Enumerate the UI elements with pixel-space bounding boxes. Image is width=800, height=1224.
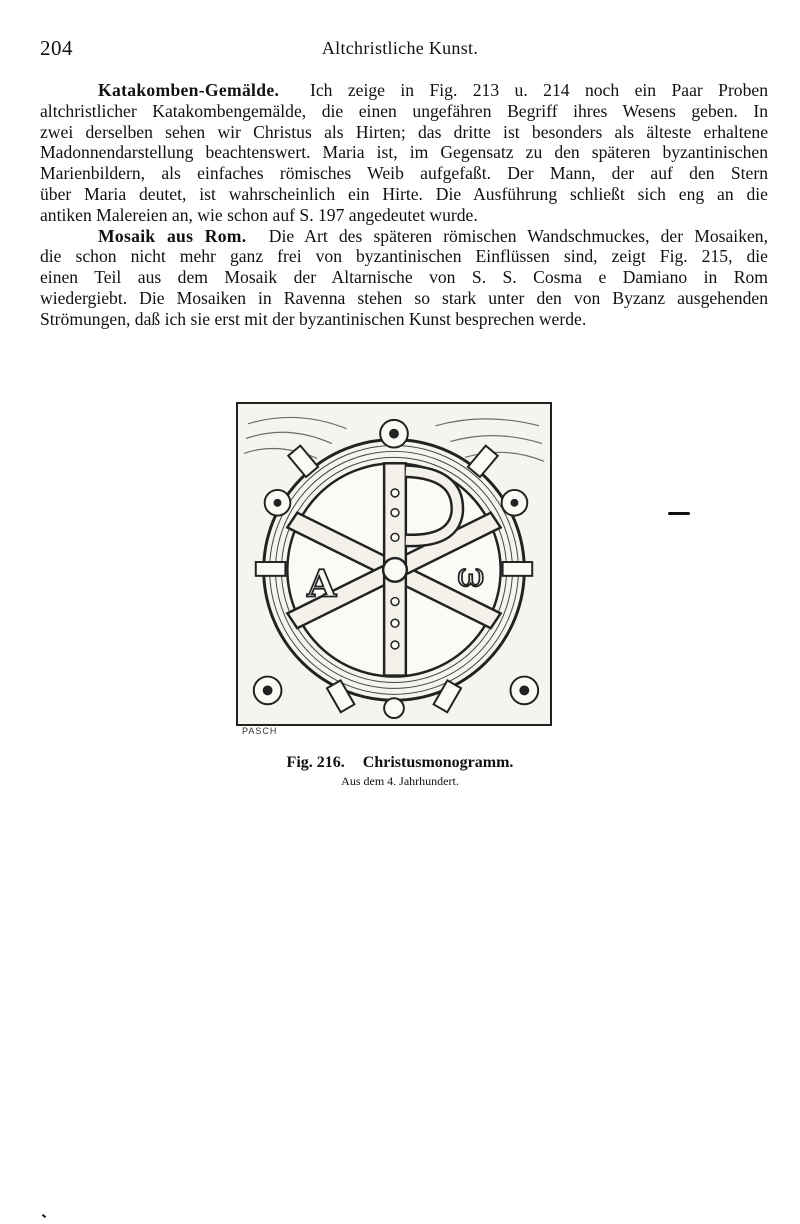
text-line: altchristlicher Katakombengemälde, die e… — [40, 101, 768, 122]
text-line: antiken Malereien an, wie schon auf S. 1… — [40, 205, 768, 226]
print-mark — [42, 1214, 46, 1218]
text-line: Madonnendarstellung beachtenswert. Maria… — [40, 142, 768, 163]
paragraph-mosaik: Mosaik aus Rom. Die Art des späteren röm… — [40, 226, 768, 247]
figure-label: Fig. 216. — [287, 754, 345, 771]
paragraph-heading: Katakomben-Gemälde. — [98, 80, 279, 100]
line-text: Ich zeige in Fig. 213 u. 214 noch ein Pa… — [310, 80, 768, 100]
omega-letter: ω — [457, 556, 484, 595]
line-text: Die Art des späteren römischen Wandschmu… — [269, 226, 768, 246]
text-line: die schon nicht mehr ganz frei von byzan… — [40, 246, 768, 267]
artist-signature: PASCH — [242, 726, 277, 736]
text-line: über Maria deutet, ist wahrscheinlich ei… — [40, 184, 768, 205]
text-line: zwei derselben sehen wir Christus als Hi… — [40, 122, 768, 143]
text-line: einen Teil aus dem Mosaik der Altarnisch… — [40, 267, 768, 288]
paragraph-katakomben: Katakomben-Gemälde. Ich zeige in Fig. 21… — [40, 80, 768, 101]
paragraph-mosaik-cont: die schon nicht mehr ganz frei von byzan… — [40, 246, 768, 329]
chi-rho-illustration: A ω — [236, 402, 552, 726]
text-line: Marienbildern, als einfaches römisches W… — [40, 163, 768, 184]
figure-subcaption: Aus dem 4. Jahrhundert. — [0, 774, 800, 789]
figure-title: Christusmonogramm. — [363, 754, 514, 771]
text-line: Mosaik aus Rom. Die Art des späteren röm… — [40, 226, 768, 247]
text-line: Katakomben-Gemälde. Ich zeige in Fig. 21… — [40, 80, 768, 101]
figure-caption: Fig. 216.Christusmonogramm. — [0, 754, 800, 772]
body-text: Katakomben-Gemälde. Ich zeige in Fig. 21… — [40, 80, 768, 330]
text-line: wiedergiebt. Die Mosaiken in Ravenna ste… — [40, 288, 768, 309]
chi-rho-wreath-icon: A ω — [238, 404, 550, 724]
print-mark — [668, 512, 690, 515]
alpha-letter: A — [306, 562, 337, 606]
running-title: Altchristliche Kunst. — [0, 38, 800, 59]
paragraph-heading: Mosaik aus Rom. — [98, 226, 246, 246]
paragraph-katakomben-cont: altchristlicher Katakombengemälde, die e… — [40, 101, 768, 226]
text-line: Strömungen, daß ich sie erst mit der byz… — [40, 309, 768, 330]
